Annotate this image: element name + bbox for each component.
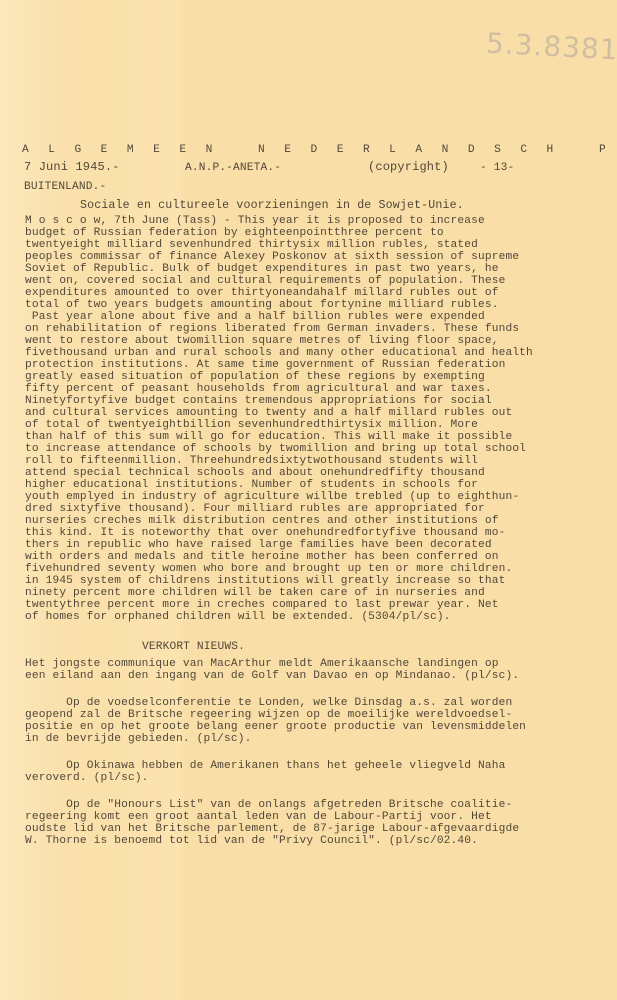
article-line: with orders and medals and title heroine… — [25, 551, 499, 563]
agency-header: A L G E M E E N N E D E R L A N D S C H … — [22, 144, 617, 156]
news-line: Op Okinawa hebben de Amerikanen thans he… — [25, 760, 505, 772]
article-line: in 1945 system of childrens institutions… — [25, 575, 505, 587]
article-line: budget of Russian federation by eighteen… — [25, 227, 444, 239]
article-line: of homes for orphaned children will be e… — [25, 611, 451, 623]
article-line: expenditures amounted to over thirtyonea… — [25, 287, 499, 299]
article-line: to increase attendance of schools by two… — [25, 443, 526, 455]
article-line: of total of twentyeightbillion sevenhund… — [25, 419, 478, 431]
article-line: fivehundred seventy women who bore and b… — [25, 563, 512, 575]
copyright-notice: (copyright) — [368, 161, 449, 173]
short-news-title: VERKORT NIEUWS. — [142, 641, 245, 653]
article-line: twentythree percent more in creches comp… — [25, 599, 499, 611]
article-line: and cultural services amounting to twent… — [25, 407, 512, 419]
news-line: veroverd. (pl/sc). — [25, 772, 149, 784]
article-line: higher educational institutions. Number … — [25, 479, 478, 491]
date: 7 Juni 1945.- — [24, 161, 120, 173]
article-line: attend special technical schools and abo… — [25, 467, 485, 479]
news-line: W. Thorne is benoemd tot lid van de "Pri… — [25, 835, 478, 847]
news-line: positie en op het groote belang eener gr… — [25, 721, 526, 733]
article-line: dred sixtyfive thousand). Four milliard … — [25, 503, 485, 515]
news-line: regeering komt een groot aantal leden va… — [25, 811, 492, 823]
article-line: this kind. It is noteworthy that over on… — [25, 527, 505, 539]
article-line: on rehabilitation of regions liberated f… — [25, 323, 519, 335]
section-label: BUITENLAND.- — [24, 181, 106, 193]
article-line: thers in republic who have raised large … — [25, 539, 492, 551]
article-line: went on, covered social and cultural req… — [25, 275, 505, 287]
article-line: than half of this sum will go for educat… — [25, 431, 512, 443]
news-line: oudste lid van het Britsche parlement, d… — [25, 823, 519, 835]
article-line: ninety percent more children will be tak… — [25, 587, 485, 599]
news-line: Op de voedselconferentie te Londen, welk… — [25, 697, 512, 709]
article-line: greatly eased situation of population of… — [25, 371, 485, 383]
article-line: Ninetyfortyfive budget contains tremendo… — [25, 395, 492, 407]
article-line: fivethousand urban and rural schools and… — [25, 347, 533, 359]
article-line: fifty percent of peasant households from… — [25, 383, 492, 395]
article-title: Sociale en cultureele voorzieningen in d… — [80, 200, 464, 212]
article-line: Soviet of Republic. Bulk of budget expen… — [25, 263, 499, 275]
article-line: Past year alone about five and a half bi… — [25, 311, 485, 323]
news-line: Het jongste communique van MacArthur mel… — [25, 658, 499, 670]
news-line: in de bevrijde gebieden. (pl/sc). — [25, 733, 252, 745]
article-line: nurseries creches milk distribution cent… — [25, 515, 499, 527]
news-line: geopend zal de Britsche regeering wijzen… — [25, 709, 512, 721]
article-line: protection institutions. At same time go… — [25, 359, 505, 371]
archive-number: 5.3.8381 — [485, 27, 617, 67]
article-line: went to restore about twomillion square … — [25, 335, 499, 347]
page-number: - 13- — [480, 162, 514, 174]
article-line: total of two years budgets amounting abo… — [25, 299, 499, 311]
article-line: twentyeight milliard sevenhundred thirty… — [25, 239, 478, 251]
service-name: A.N.P.-ANETA.- — [185, 162, 281, 174]
article-line: M o s c o w, 7th June (Tass) - This year… — [25, 215, 485, 227]
news-line: een eiland aan den ingang van de Golf va… — [25, 670, 519, 682]
article-line: peoples commissar of finance Alexey Posk… — [25, 251, 519, 263]
article-line: youth emplyed in industry of agriculture… — [25, 491, 519, 503]
article-line: roll to fifteenmillion. Threehundredsixt… — [25, 455, 478, 467]
news-line: Op de "Honours List" van de onlangs afge… — [25, 799, 512, 811]
